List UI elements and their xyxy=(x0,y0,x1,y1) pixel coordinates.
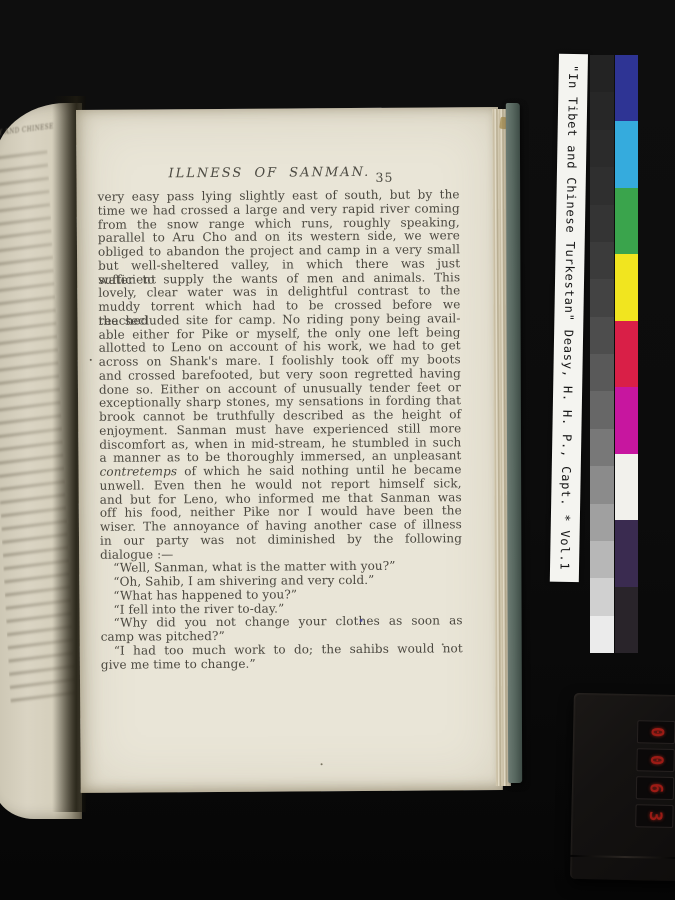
counter-digit-window: 0 xyxy=(637,720,675,744)
page-number: 35 xyxy=(375,170,393,185)
grayscale-step xyxy=(590,541,614,578)
color-patch-white xyxy=(615,454,638,520)
counter-digit: 3 xyxy=(646,811,663,822)
sheet-counter-device: 0063 xyxy=(570,693,675,881)
counter-digit: 0 xyxy=(648,727,665,738)
text-line: in our party was not diminished by the f… xyxy=(100,532,462,548)
color-calibration-bar xyxy=(615,55,638,653)
grayscale-step xyxy=(590,616,614,653)
grayscale-step xyxy=(590,317,614,354)
paper-speck xyxy=(360,619,363,622)
book-scan-photo: Y AND CHINESE TURKEST ILLNESS OF SANMAN.… xyxy=(0,0,675,900)
paper-speck xyxy=(321,763,323,765)
color-patch-dark-purple xyxy=(615,520,638,586)
grayscale-wedge xyxy=(590,55,614,653)
color-patch-green xyxy=(615,188,638,254)
running-header: ILLNESS OF SANMAN. xyxy=(168,165,370,181)
counter-digit: 6 xyxy=(646,783,663,794)
color-patch-cyan xyxy=(615,121,638,187)
grayscale-step xyxy=(590,391,614,428)
counter-display: 0063 xyxy=(635,720,673,828)
grayscale-step xyxy=(590,242,614,279)
grayscale-step xyxy=(590,130,614,167)
color-patch-magenta xyxy=(615,387,638,453)
counter-seam xyxy=(571,855,675,859)
grayscale-step xyxy=(590,578,614,615)
grayscale-step xyxy=(590,205,614,242)
grayscale-step xyxy=(590,466,614,503)
paper-speck xyxy=(442,643,444,645)
counter-digit-window: 6 xyxy=(636,776,674,800)
text-line: “I had too much work to do; the sahibs w… xyxy=(101,642,463,658)
counter-digit: 0 xyxy=(647,755,664,766)
paper-speck xyxy=(90,359,92,361)
grayscale-step xyxy=(590,504,614,541)
counter-digit-window: 3 xyxy=(635,804,673,828)
grayscale-step xyxy=(590,354,614,391)
book-cover-edge xyxy=(506,103,522,783)
text-line: give me time to change.” xyxy=(101,656,463,672)
grayscale-step xyxy=(590,429,614,466)
text-line: “Why did you not change your clothes as … xyxy=(101,615,463,631)
text-block: very easy pass lying slightly east of so… xyxy=(98,188,463,672)
book-page: ILLNESS OF SANMAN. 35 very easy pass lyi… xyxy=(76,107,503,793)
grayscale-step xyxy=(590,167,614,204)
color-patch-dark-blue xyxy=(615,55,638,121)
previous-page-running-header: Y AND CHINESE TURKEST xyxy=(0,122,56,137)
grayscale-step xyxy=(590,92,614,129)
title-label-strip: "In Tibet and Chinese Turkestan" Deasy, … xyxy=(550,54,588,582)
grayscale-step xyxy=(590,55,614,92)
title-label-text: "In Tibet and Chinese Turkestan" Deasy, … xyxy=(557,65,580,571)
color-patch-yellow xyxy=(615,254,638,320)
counter-digit-window: 0 xyxy=(636,748,674,772)
color-patch-near-black xyxy=(615,587,638,653)
color-patch-red xyxy=(615,321,638,387)
grayscale-step xyxy=(590,279,614,316)
